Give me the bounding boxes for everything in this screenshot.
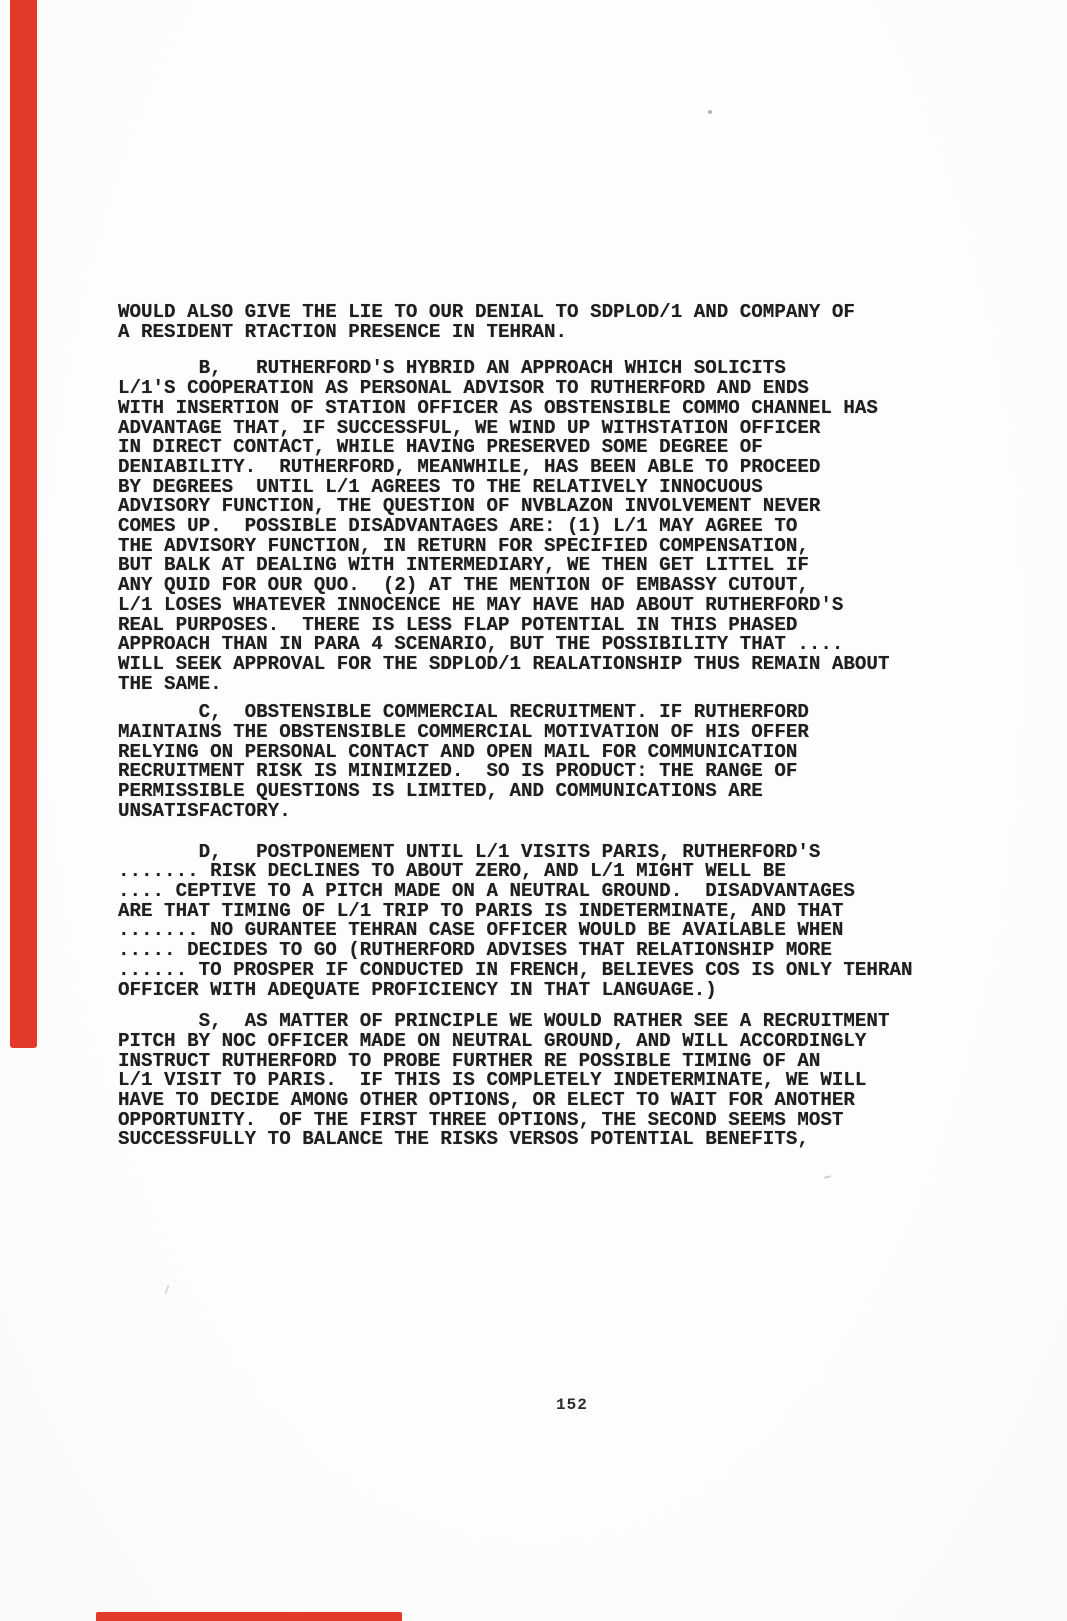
- text-line: S, AS MATTER OF PRINCIPLE WE WOULD RATHE…: [118, 1012, 958, 1032]
- paragraph: C, OBSTENSIBLE COMMERCIAL RECRUITMENT. I…: [118, 703, 958, 821]
- text-line: ANY QUID FOR OUR QUO. (2) AT THE MENTION…: [118, 576, 958, 596]
- paragraph: WOULD ALSO GIVE THE LIE TO OUR DENIAL TO…: [118, 303, 958, 342]
- text-line: COMES UP. POSSIBLE DISADVANTAGES ARE: (1…: [118, 517, 958, 537]
- scan-speck: [824, 1175, 831, 1178]
- paragraph: B, RUTHERFORD'S HYBRID AN APPROACH WHICH…: [118, 359, 958, 694]
- typewritten-text-body: WOULD ALSO GIVE THE LIE TO OUR DENIAL TO…: [118, 303, 958, 1150]
- scan-speck: [165, 1285, 170, 1294]
- text-line: WOULD ALSO GIVE THE LIE TO OUR DENIAL TO…: [118, 303, 958, 323]
- text-line: MAINTAINS THE OBSTENSIBLE COMMERCIAL MOT…: [118, 723, 958, 743]
- text-line: UNSATISFACTORY.: [118, 802, 958, 822]
- text-line: OFFICER WITH ADEQUATE PROFICIENCY IN THA…: [118, 981, 958, 1001]
- text-line: ..... DECIDES TO GO (RUTHERFORD ADVISES …: [118, 941, 958, 961]
- text-line: APPROACH THAN IN PARA 4 SCENARIO, BUT TH…: [118, 635, 958, 655]
- paragraph: D, POSTPONEMENT UNTIL L/1 VISITS PARIS, …: [118, 843, 958, 1001]
- red-bottom-edge-stripe: [96, 1612, 402, 1621]
- scan-speck: [708, 110, 712, 114]
- text-line: L/1 LOSES WHATEVER INNOCENCE HE MAY HAVE…: [118, 596, 958, 616]
- document-page: WOULD ALSO GIVE THE LIE TO OUR DENIAL TO…: [0, 0, 1067, 1621]
- text-line: ...... TO PROSPER IF CONDUCTED IN FRENCH…: [118, 961, 958, 981]
- text-line: HAVE TO DECIDE AMONG OTHER OPTIONS, OR E…: [118, 1091, 958, 1111]
- page-number: 152: [556, 1396, 588, 1414]
- text-line: A RESIDENT RTACTION PRESENCE IN TEHRAN.: [118, 323, 958, 343]
- text-line: L/1'S COOPERATION AS PERSONAL ADVISOR TO…: [118, 379, 958, 399]
- red-left-margin-stripe: [10, 0, 37, 1048]
- text-line: PITCH BY NOC OFFICER MADE ON NEUTRAL GRO…: [118, 1032, 958, 1052]
- text-line: DENIABILITY. RUTHERFORD, MEANWHILE, HAS …: [118, 458, 958, 478]
- text-line: WITH INSERTION OF STATION OFFICER AS OBS…: [118, 399, 958, 419]
- text-line: .... CEPTIVE TO A PITCH MADE ON A NEUTRA…: [118, 882, 958, 902]
- text-line: PERMISSIBLE QUESTIONS IS LIMITED, AND CO…: [118, 782, 958, 802]
- text-line: THE SAME.: [118, 675, 958, 695]
- text-line: IN DIRECT CONTACT, WHILE HAVING PRESERVE…: [118, 438, 958, 458]
- text-line: WILL SEEK APPROVAL FOR THE SDPLOD/1 REAL…: [118, 655, 958, 675]
- paragraph: S, AS MATTER OF PRINCIPLE WE WOULD RATHE…: [118, 1012, 958, 1150]
- text-line: SUCCESSFULLY TO BALANCE THE RISKS VERSOS…: [118, 1130, 958, 1150]
